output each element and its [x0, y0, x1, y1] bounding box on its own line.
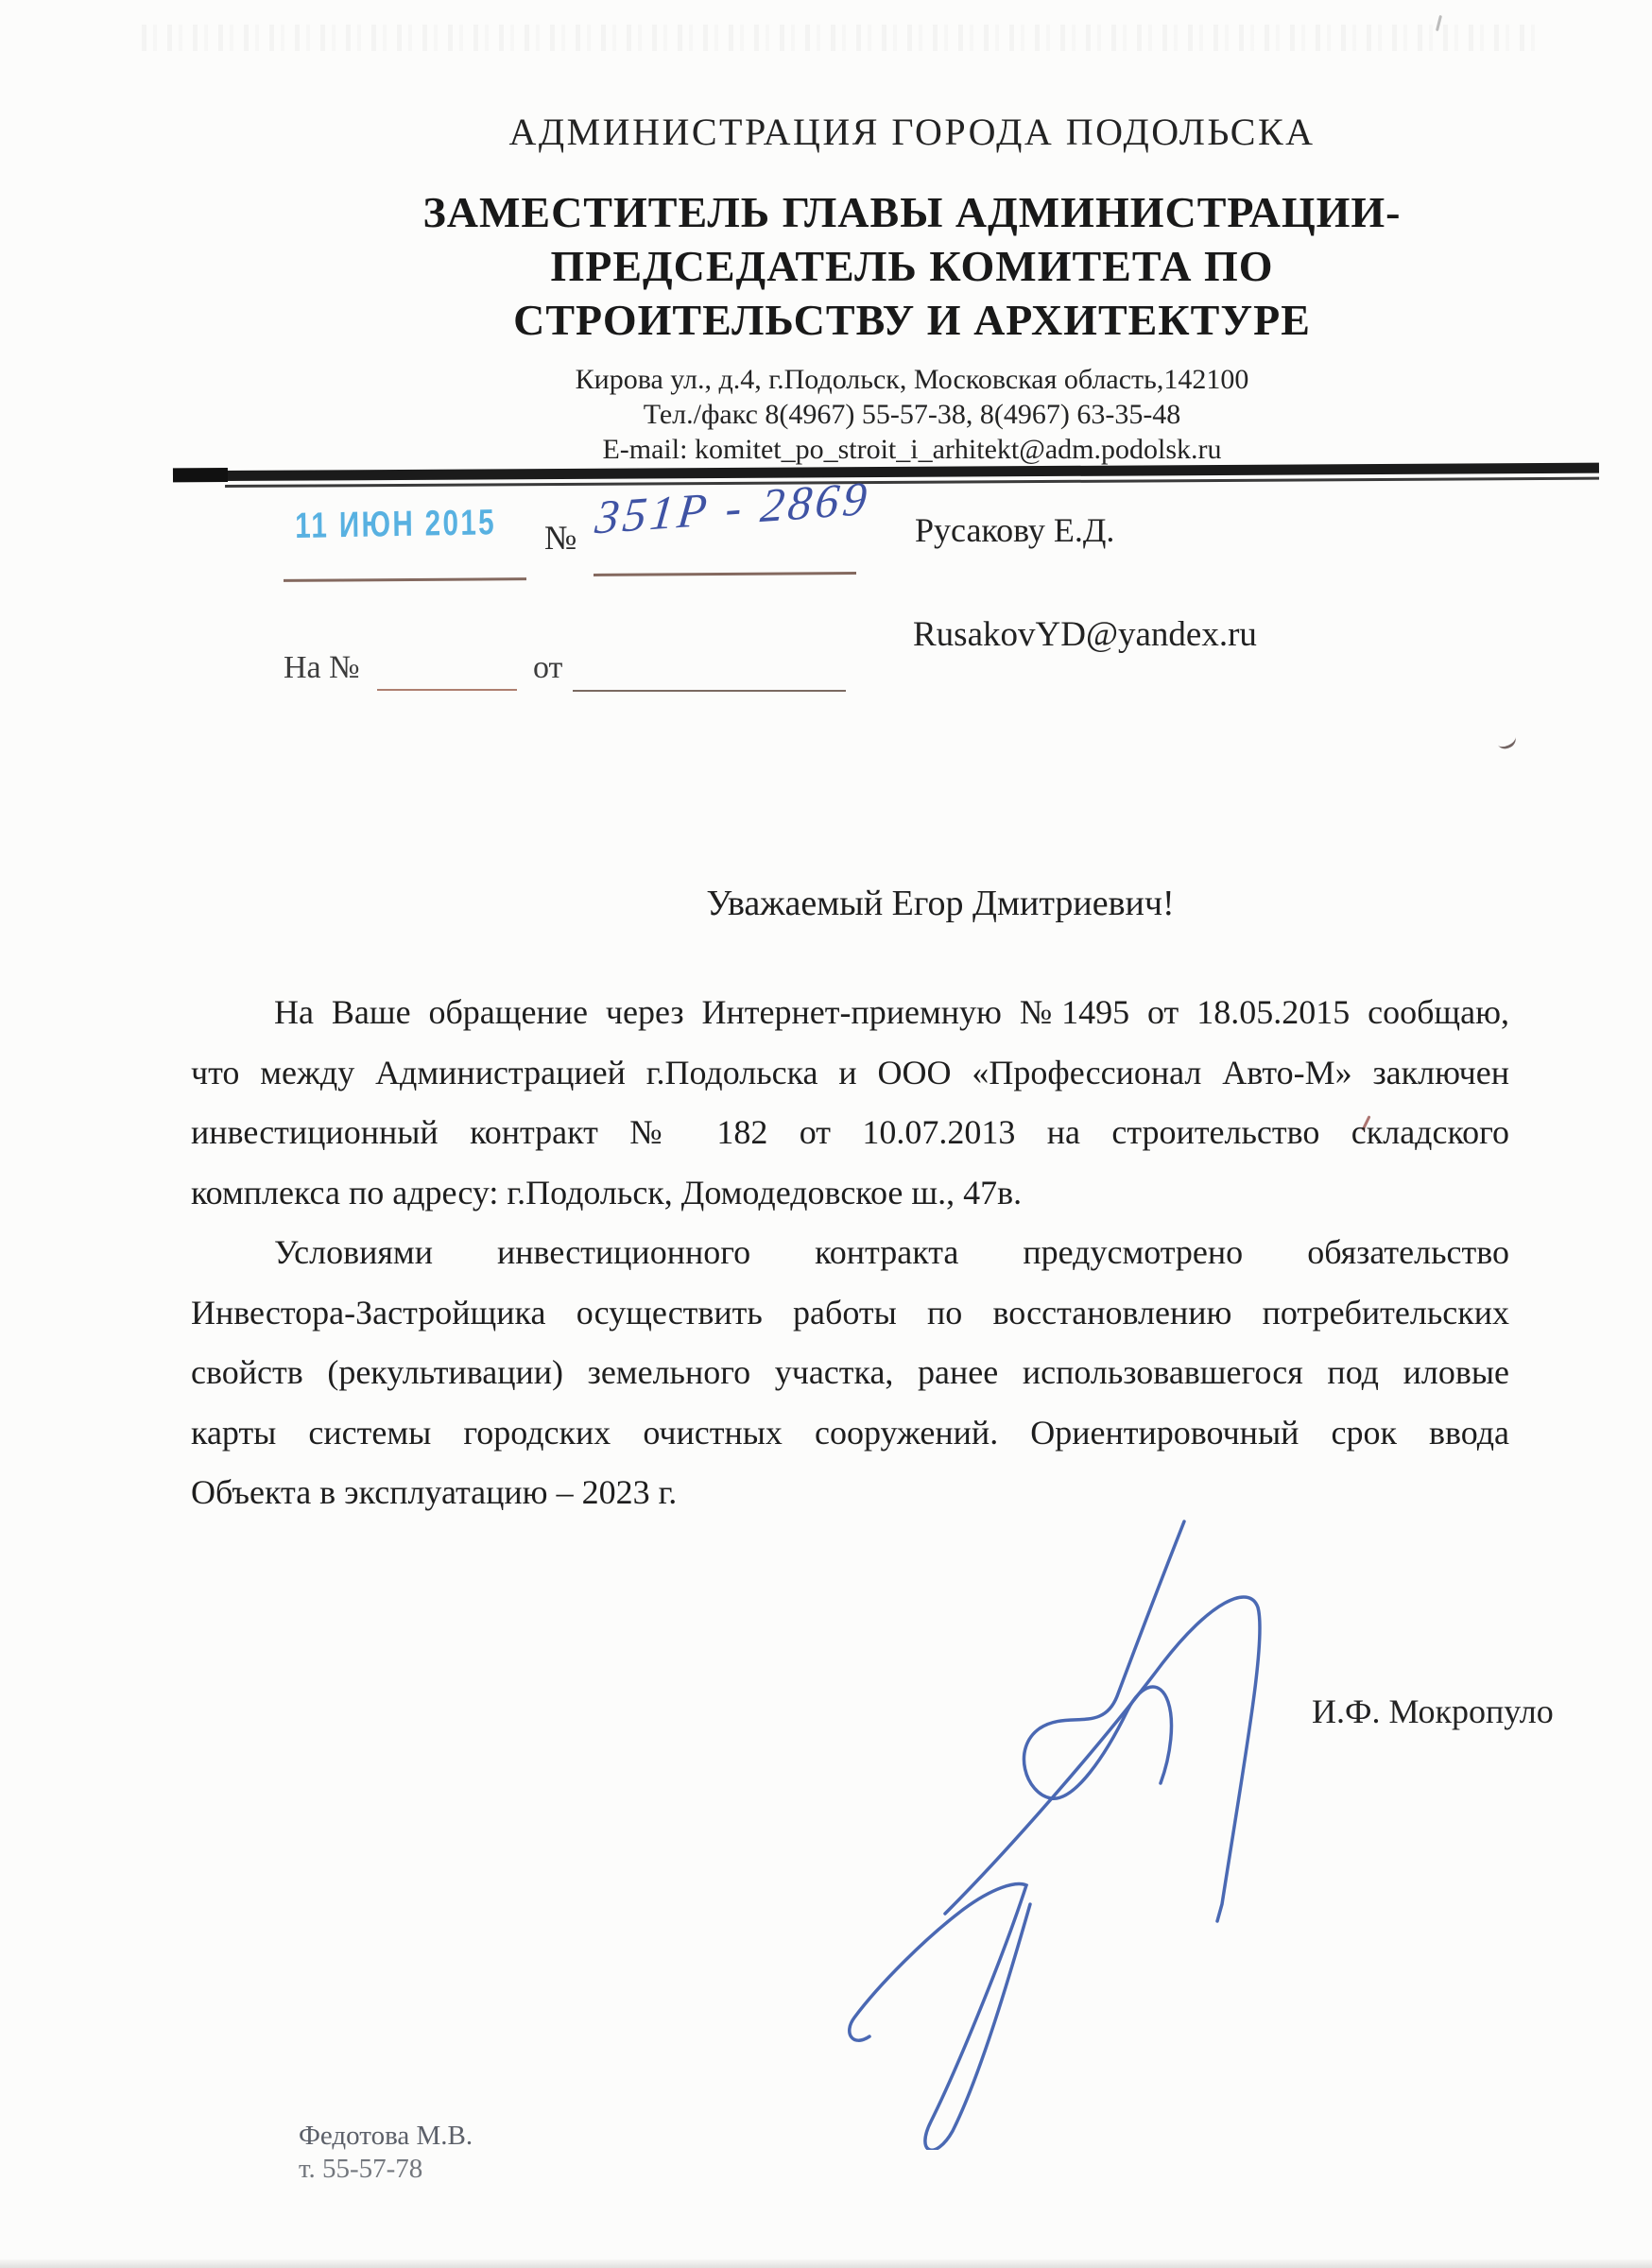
letterhead-contacts: Кирова ул., д.4, г.Подольск, Московская … — [170, 362, 1652, 467]
scan-bottom-edge — [0, 2259, 1652, 2268]
executor-phone: т. 55-57-78 — [299, 2153, 473, 2186]
body-line: карты системы городских очистных сооруже… — [191, 1403, 1509, 1464]
position-title-line3: СТРОИТЕЛЬСТВУ И АРХИТЕКТУРЕ — [170, 293, 1652, 347]
body-line: комплекса по адресу: г.Подольск, Домодед… — [191, 1163, 1509, 1224]
executor-name: Федотова М.В. — [299, 2120, 473, 2153]
signature-scribble — [841, 1507, 1276, 2150]
scan-ghost-text-artifact — [142, 25, 1540, 51]
reply-date-label: от — [533, 650, 562, 686]
recipient-name: Русакову Е.Д. — [915, 510, 1114, 550]
organization-name: АДМИНИСТРАЦИЯ ГОРОДА ПОДОЛЬСКА — [170, 110, 1652, 154]
body-line: Условиями инвестиционного контракта пред… — [191, 1223, 1509, 1283]
recipient-email: RusakovYD@yandex.ru — [913, 614, 1257, 655]
position-title-line2: ПРЕДСЕДАТЕЛЬ КОМИТЕТА ПО — [170, 239, 1652, 293]
letterhead-address: Кирова ул., д.4, г.Подольск, Московская … — [170, 362, 1652, 397]
number-label: № — [544, 518, 576, 558]
scanned-letter-page: АДМИНИСТРАЦИЯ ГОРОДА ПОДОЛЬСКА ЗАМЕСТИТЕ… — [0, 0, 1652, 2268]
reply-number-blank-line — [377, 689, 517, 691]
pen-tick-artifact — [1495, 730, 1519, 752]
official-position-title: ЗАМЕСТИТЕЛЬ ГЛАВЫ АДМИНИСТРАЦИИ- ПРЕДСЕД… — [170, 185, 1652, 347]
date-stamp-underline — [284, 577, 526, 582]
body-line: свойств (рекультивации) земельного участ… — [191, 1343, 1509, 1403]
letterhead-email: E-mail: komitet_po_stroit_i_arhitekt@adm… — [170, 432, 1652, 467]
body-line: инвестиционный контракт № 182 от 10.07.2… — [191, 1103, 1509, 1163]
letterhead-phone: Тел./факс 8(4967) 55-57-38, 8(4967) 63-3… — [170, 397, 1652, 432]
letter-body: На Ваше обращение через Интернет-приемну… — [191, 983, 1509, 1523]
date-stamp: 11 ИЮН 2015 — [295, 503, 496, 547]
registration-number-underline — [594, 572, 856, 576]
reply-date-blank-line — [573, 690, 846, 692]
body-line: что между Администрацией г.Подольска и О… — [191, 1043, 1509, 1104]
executor-block: Федотова М.В. т. 55-57-78 — [299, 2120, 473, 2186]
reply-number-label: На № — [284, 650, 360, 686]
salutation: Уважаемый Егор Дмитриевич! — [170, 883, 1652, 924]
body-line: Инвестора-Застройщика осуществить работы… — [191, 1283, 1509, 1344]
body-line: На Ваше обращение через Интернет-приемну… — [191, 983, 1509, 1043]
position-title-line1: ЗАМЕСТИТЕЛЬ ГЛАВЫ АДМИНИСТРАЦИИ- — [170, 185, 1652, 239]
signer-name: И.Ф. Мокропуло — [1312, 1692, 1554, 1731]
